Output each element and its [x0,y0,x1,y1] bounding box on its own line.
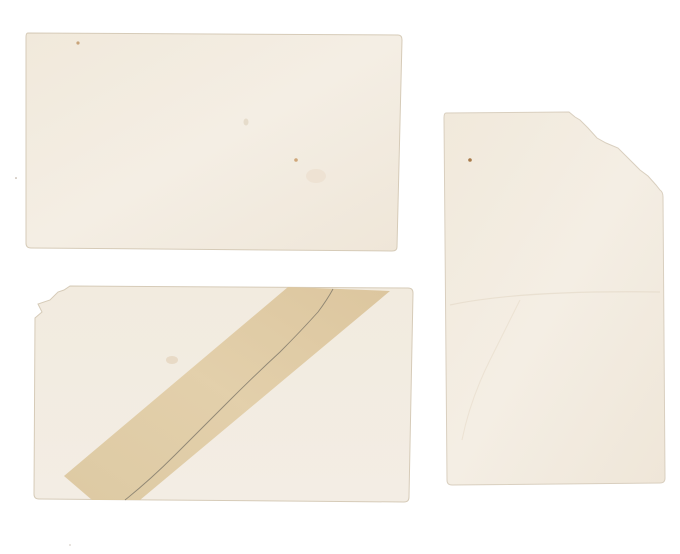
bottom-left-card [34,286,413,502]
stain-dot [468,158,472,162]
photo-canvas [0,0,680,554]
right-card [444,112,665,485]
top-left-card [25,26,402,251]
stain-dot [76,41,79,44]
